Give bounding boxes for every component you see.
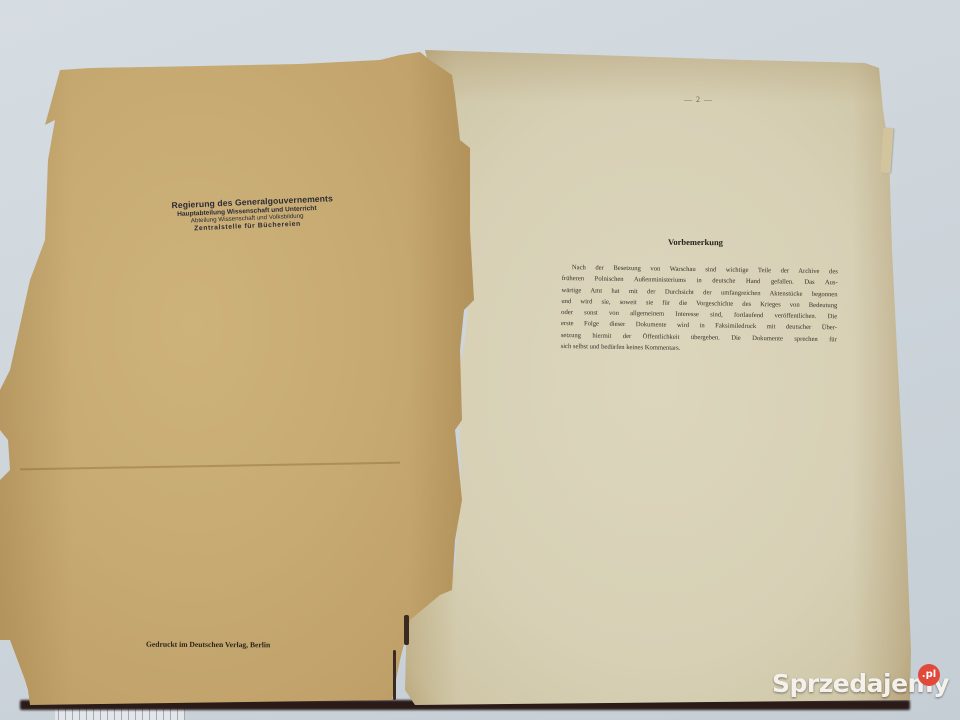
- page-stain: [395, 50, 915, 710]
- left-page: [0, 0, 480, 720]
- section-heading: Vorbemerkung: [668, 237, 723, 247]
- preface-body: Nach der Besetzung von Warschau sind wic…: [561, 262, 838, 357]
- page-edge-stain: [0, 0, 480, 720]
- tear-mark: [393, 650, 396, 700]
- printer-imprint: Gedruckt im Deutschen Verlag, Berlin: [146, 640, 270, 650]
- watermark-badge: .pl: [918, 664, 940, 686]
- photo-scene: Regierung des Generalgouvernements Haupt…: [0, 0, 960, 720]
- library-stamp: Regierung des Generalgouvernements Haupt…: [171, 195, 322, 234]
- page-number: — 2 —: [684, 95, 713, 104]
- right-page: [395, 50, 915, 710]
- tear-mark: [404, 615, 409, 645]
- page-tab: [880, 128, 893, 174]
